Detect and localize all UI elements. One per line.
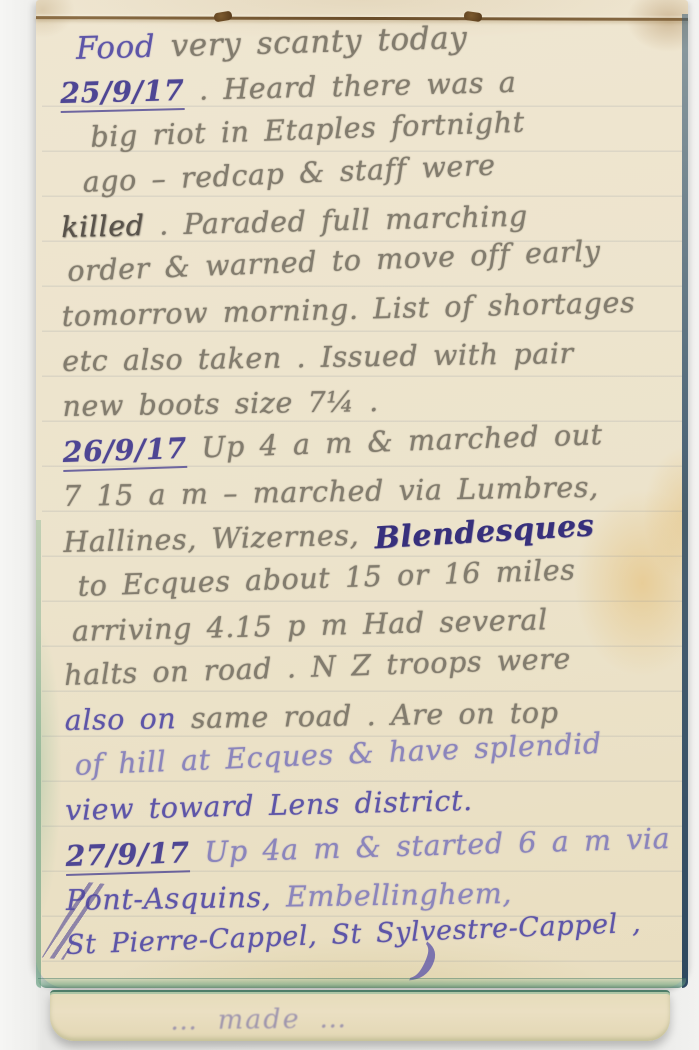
text-segment-pencil: etc also taken . Issued with pair bbox=[62, 337, 574, 378]
text-segment-pencil: Hallines, Wizernes, bbox=[63, 518, 374, 559]
text-segment-date: 27/9/17 bbox=[65, 835, 190, 876]
text-segment-date: 25/9/17 bbox=[60, 73, 185, 113]
text-segment-pencil-dark: killed bbox=[61, 209, 145, 244]
text-segment-purple: Food bbox=[75, 29, 155, 67]
text-segment-pencil: same road . Are on top bbox=[176, 697, 559, 736]
next-page-faint-text: … made … bbox=[170, 999, 670, 1037]
stitch-mark bbox=[213, 11, 232, 23]
text-segment-pencil: very scanty today bbox=[155, 20, 468, 65]
page-edge-bottom-dyed bbox=[38, 979, 686, 988]
notebook-page: Food very scanty today25/9/17 . Heard th… bbox=[36, 0, 688, 988]
text-segment-purple: also on bbox=[64, 703, 176, 738]
diary-handwriting: Food very scanty today25/9/17 . Heard th… bbox=[60, 30, 685, 977]
text-segment-pencil: . Heard there was a bbox=[184, 66, 517, 107]
text-segment-purple-faint: Embellinghem, bbox=[286, 877, 512, 914]
scanned-notebook-photo: Food very scanty today25/9/17 . Heard th… bbox=[0, 0, 699, 1050]
text-segment-date: 26/9/17 bbox=[62, 431, 187, 472]
page-edge-left-dyed bbox=[36, 520, 41, 988]
text-segment-pencil: new boots size 7¼ . bbox=[62, 385, 379, 423]
next-page-edge: … made … bbox=[50, 990, 670, 1041]
